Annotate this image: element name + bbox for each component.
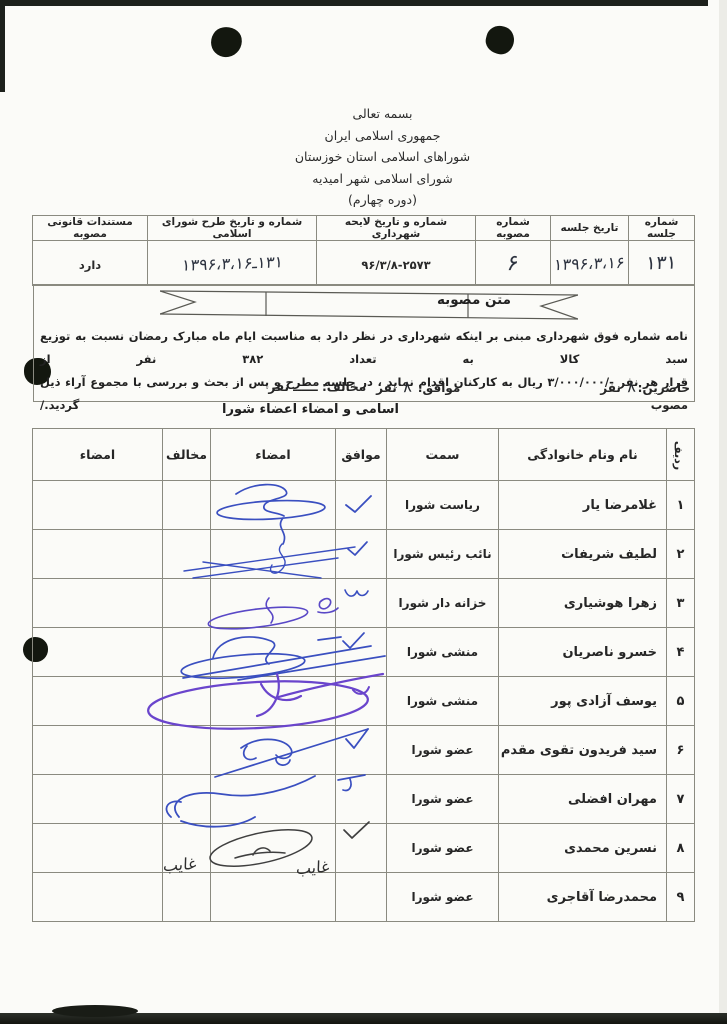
info-header-row: شماره جلسه تاریخ جلسه شماره مصوبه شماره … — [33, 216, 695, 241]
absent-note-agree: غایب — [296, 857, 330, 878]
header-council-plan: شماره و تاریخ طرح شورای اسلامی — [148, 216, 317, 241]
oppose-dash: ــــــ — [293, 380, 318, 394]
info-value-row: ۱۳۱ ۱۳۹۶،۳،۱۶ ۶ ۹۶/۳/۸-۲۵۷۳ ۱۳۹۶،۳،۱۶ـ۱۳… — [33, 241, 695, 286]
member-name: سید فریدون تقوی مقدم — [499, 726, 667, 775]
resolution-info-table: شماره جلسه تاریخ جلسه شماره مصوبه شماره … — [32, 215, 695, 286]
municipality-bill-value: ۹۶/۳/۸-۲۵۷۳ — [361, 258, 430, 272]
header-legal-docs: مستندات قانونی مصوبه — [33, 216, 148, 241]
present-count-value: ۸ — [626, 377, 636, 397]
header-session-date: تاریخ جلسه — [551, 216, 629, 241]
member-name: خسرو ناصریان — [499, 628, 667, 677]
scanned-council-resolution-page: بسمه تعالی جمهوری اسلامی ایران شوراهای ا… — [0, 0, 727, 1024]
ink-blot — [483, 23, 517, 57]
member-position: عضو شورا — [387, 873, 499, 922]
scan-edge-top-left — [0, 0, 5, 92]
col-agree: موافق — [336, 429, 387, 481]
present-count: حاضرین:۸ نفر — [600, 377, 690, 396]
member-name: محمدرضا آقاجری — [499, 873, 667, 922]
basmala: بسمه تعالی — [19, 103, 727, 125]
member-row-7: ۷ مهران افضلی عضو شورا — [33, 775, 695, 824]
member-name: غلامرضا یار — [499, 481, 667, 530]
col-position: سمت — [387, 429, 499, 481]
oppose-count: مخالف: ــــــ نفر — [268, 380, 366, 394]
resolution-box: متن مصوبه نامه شماره فوق شهرداری مبنی بر… — [33, 284, 695, 402]
header-municipality-bill: شماره و تاریخ لایحه شهرداری — [317, 216, 476, 241]
attendance-row: حاضرین:۸ نفر موافق: ۸ نفر مخالف: ــــــ … — [38, 377, 690, 396]
member-position: عضو شورا — [387, 824, 499, 873]
members-heading: اسامی و امضاء اعضاء شورا — [0, 402, 674, 417]
col-row-no: ردیف — [672, 441, 685, 470]
member-row-3: ۳ زهرا هوشیاری خزانه دار شورا — [33, 579, 695, 628]
letterhead: بسمه تعالی جمهوری اسلامی ایران شوراهای ا… — [19, 103, 727, 211]
member-name: یوسف آزادی پور — [499, 677, 667, 726]
col-signature: امضاء — [211, 429, 336, 481]
agree-count: موافق: ۸ نفر — [376, 377, 460, 396]
member-position: خزانه دار شورا — [387, 579, 499, 628]
resolution-line-1: نامه شماره فوق شهرداری مبنی بر اینکه شهر… — [40, 325, 688, 371]
province-councils-line: شوراهای اسلامی استان خوزستان — [19, 146, 727, 168]
term-line: (دوره چهارم) — [19, 189, 727, 211]
member-row-8: ۸ نسرین محمدی عضو شورا — [33, 824, 695, 873]
header-session-no: شماره جلسه — [629, 216, 695, 241]
absent-note-signature: غایب — [163, 854, 197, 875]
member-row-4: ۴ خسرو ناصریان منشی شورا — [33, 628, 695, 677]
session-no-value: ۱۳۱ — [645, 251, 678, 274]
agree-count-value: ۸ — [402, 377, 412, 397]
city-council-line: شورای اسلامی شهر امیدیه — [19, 168, 727, 190]
scan-edge-bottom-blob — [52, 1005, 138, 1017]
ribbon-title: متن مصوبه — [374, 292, 574, 308]
member-position: عضو شورا — [387, 775, 499, 824]
col-signature-2: امضاء — [33, 429, 163, 481]
member-row-5: ۵ یوسف آزادی پور منشی شورا — [33, 677, 695, 726]
member-row-6: ۶ سید فریدون تقوی مقدم عضو شورا — [33, 726, 695, 775]
member-name: مهران افضلی — [499, 775, 667, 824]
col-oppose: مخالف — [163, 429, 211, 481]
resolution-no-value: ۶ — [506, 250, 520, 275]
ink-blot — [209, 25, 245, 60]
member-name: نسرین محمدی — [499, 824, 667, 873]
member-position: ریاست شورا — [387, 481, 499, 530]
header-resolution-no: شماره مصوبه — [476, 216, 551, 241]
member-row-9: ۹ محمدرضا آقاجری عضو شورا — [33, 873, 695, 922]
member-position: منشی شورا — [387, 677, 499, 726]
member-name: لطیف شریفات — [499, 530, 667, 579]
member-position: نائب رئیس شورا — [387, 530, 499, 579]
member-name: زهرا هوشیاری — [499, 579, 667, 628]
country-line: جمهوری اسلامی ایران — [19, 125, 727, 147]
member-position: عضو شورا — [387, 726, 499, 775]
member-row-2: ۲ لطیف شریفات نائب رئیس شورا — [33, 530, 695, 579]
members-table: ردیف نام ونام خانوادگی سمت موافق امضاء م… — [32, 428, 695, 922]
legal-docs-value: دارد — [79, 258, 101, 272]
scan-edge-top — [0, 0, 708, 6]
members-header-row: ردیف نام ونام خانوادگی سمت موافق امضاء م… — [33, 429, 695, 481]
col-name: نام ونام خانوادگی — [499, 429, 667, 481]
member-position: منشی شورا — [387, 628, 499, 677]
session-date-value: ۱۳۹۶،۳،۱۶ — [553, 252, 625, 273]
member-row-1: ۱ غلامرضا یار ریاست شورا — [33, 481, 695, 530]
council-plan-value: ۱۳۹۶،۳،۱۶ـ۱۳۱ — [180, 252, 283, 275]
